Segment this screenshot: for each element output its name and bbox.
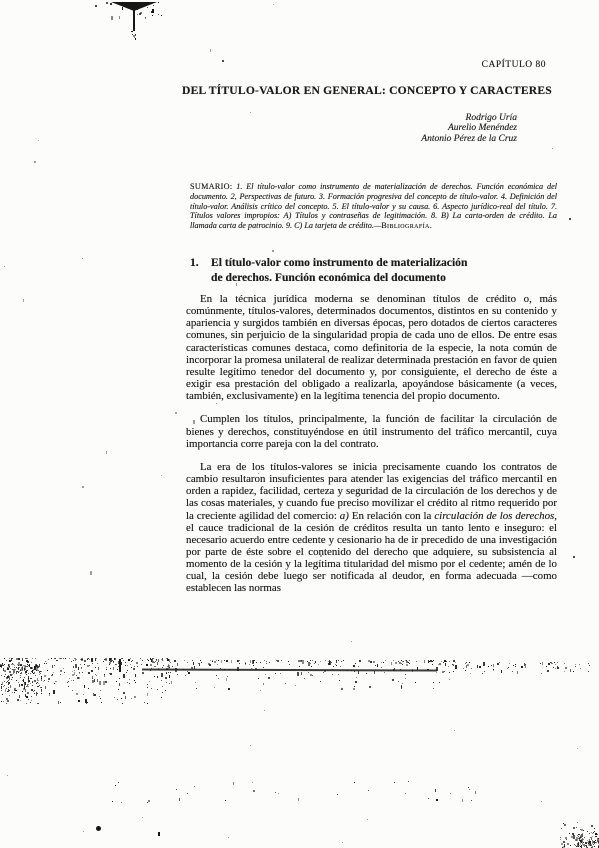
section-title-line1: El título-valor como instrumento de mate… [211,256,467,269]
paragraph-2: Cumplen los títulos, principalmente, la … [186,413,557,449]
paragraph-3-part3: , el cauce tradicional de la cesión de c… [186,510,557,595]
body-text: En la técnica jurídica moderna se denomi… [186,293,557,606]
section-heading: 1. El título-valor como instrumento de m… [190,256,554,285]
scan-scatter-row [100,780,480,804]
section-title-line2: de derechos. Función económica del docum… [211,271,446,284]
scan-corner-blob-inner [576,830,599,848]
chapter-label: CAPÍTULO 80 [482,60,546,70]
scan-noise-band-right [450,662,590,674]
scan-blob-small [96,826,101,831]
author-2: Aurelio Menéndez [421,123,517,133]
paragraph-1: En la técnica jurídica moderna se denomi… [186,293,557,402]
scan-speck-1 [222,60,224,62]
author-3: Antonio Pérez de la Cruz [421,134,517,144]
section-number: 1. [190,256,211,285]
paragraph-3-italic-phrase: circulación de los derechos [434,510,554,522]
scan-noise-edge-left [0,664,42,704]
scan-dash [158,832,160,836]
scan-artifact-horizontal-line [142,668,437,671]
scan-speck-2 [569,218,571,220]
paragraph-3: La era de los títulos-valores se inicia … [186,461,557,595]
paragraph-3-marker: a) [340,510,349,522]
scan-noise-band-mid [165,660,455,690]
scan-speck-3 [573,556,575,558]
sumario-label: SUMARIO: [190,182,232,191]
scan-speck-4 [95,5,97,7]
sumario-bibliografia: Bibliografía. [381,221,432,230]
author-1: Rodrigo Uría [421,113,517,123]
authors-block: Rodrigo Uría Aurelio Menéndez Antonio Pé… [421,113,517,144]
page-title: DEL TÍTULO-VALOR EN GENERAL: CONCEPTO Y … [178,84,556,97]
section-title: El título-valor como instrumento de mate… [211,256,467,285]
scan-corner-blob-outer [560,820,599,848]
sumario-block: SUMARIO: 1. El título-valor como instrum… [190,182,557,231]
scanned-page: CAPÍTULO 80 DEL TÍTULO-VALOR EN GENERAL:… [0,0,599,848]
scan-artifact-vertical-tick [119,659,121,672]
paragraph-3-part2: En relación con la [349,510,434,522]
sumario-text: 1. El título-valor como instrumento de m… [190,182,557,230]
scan-noise-band-left [0,658,170,704]
scan-artifact-pen-stem [133,8,135,31]
